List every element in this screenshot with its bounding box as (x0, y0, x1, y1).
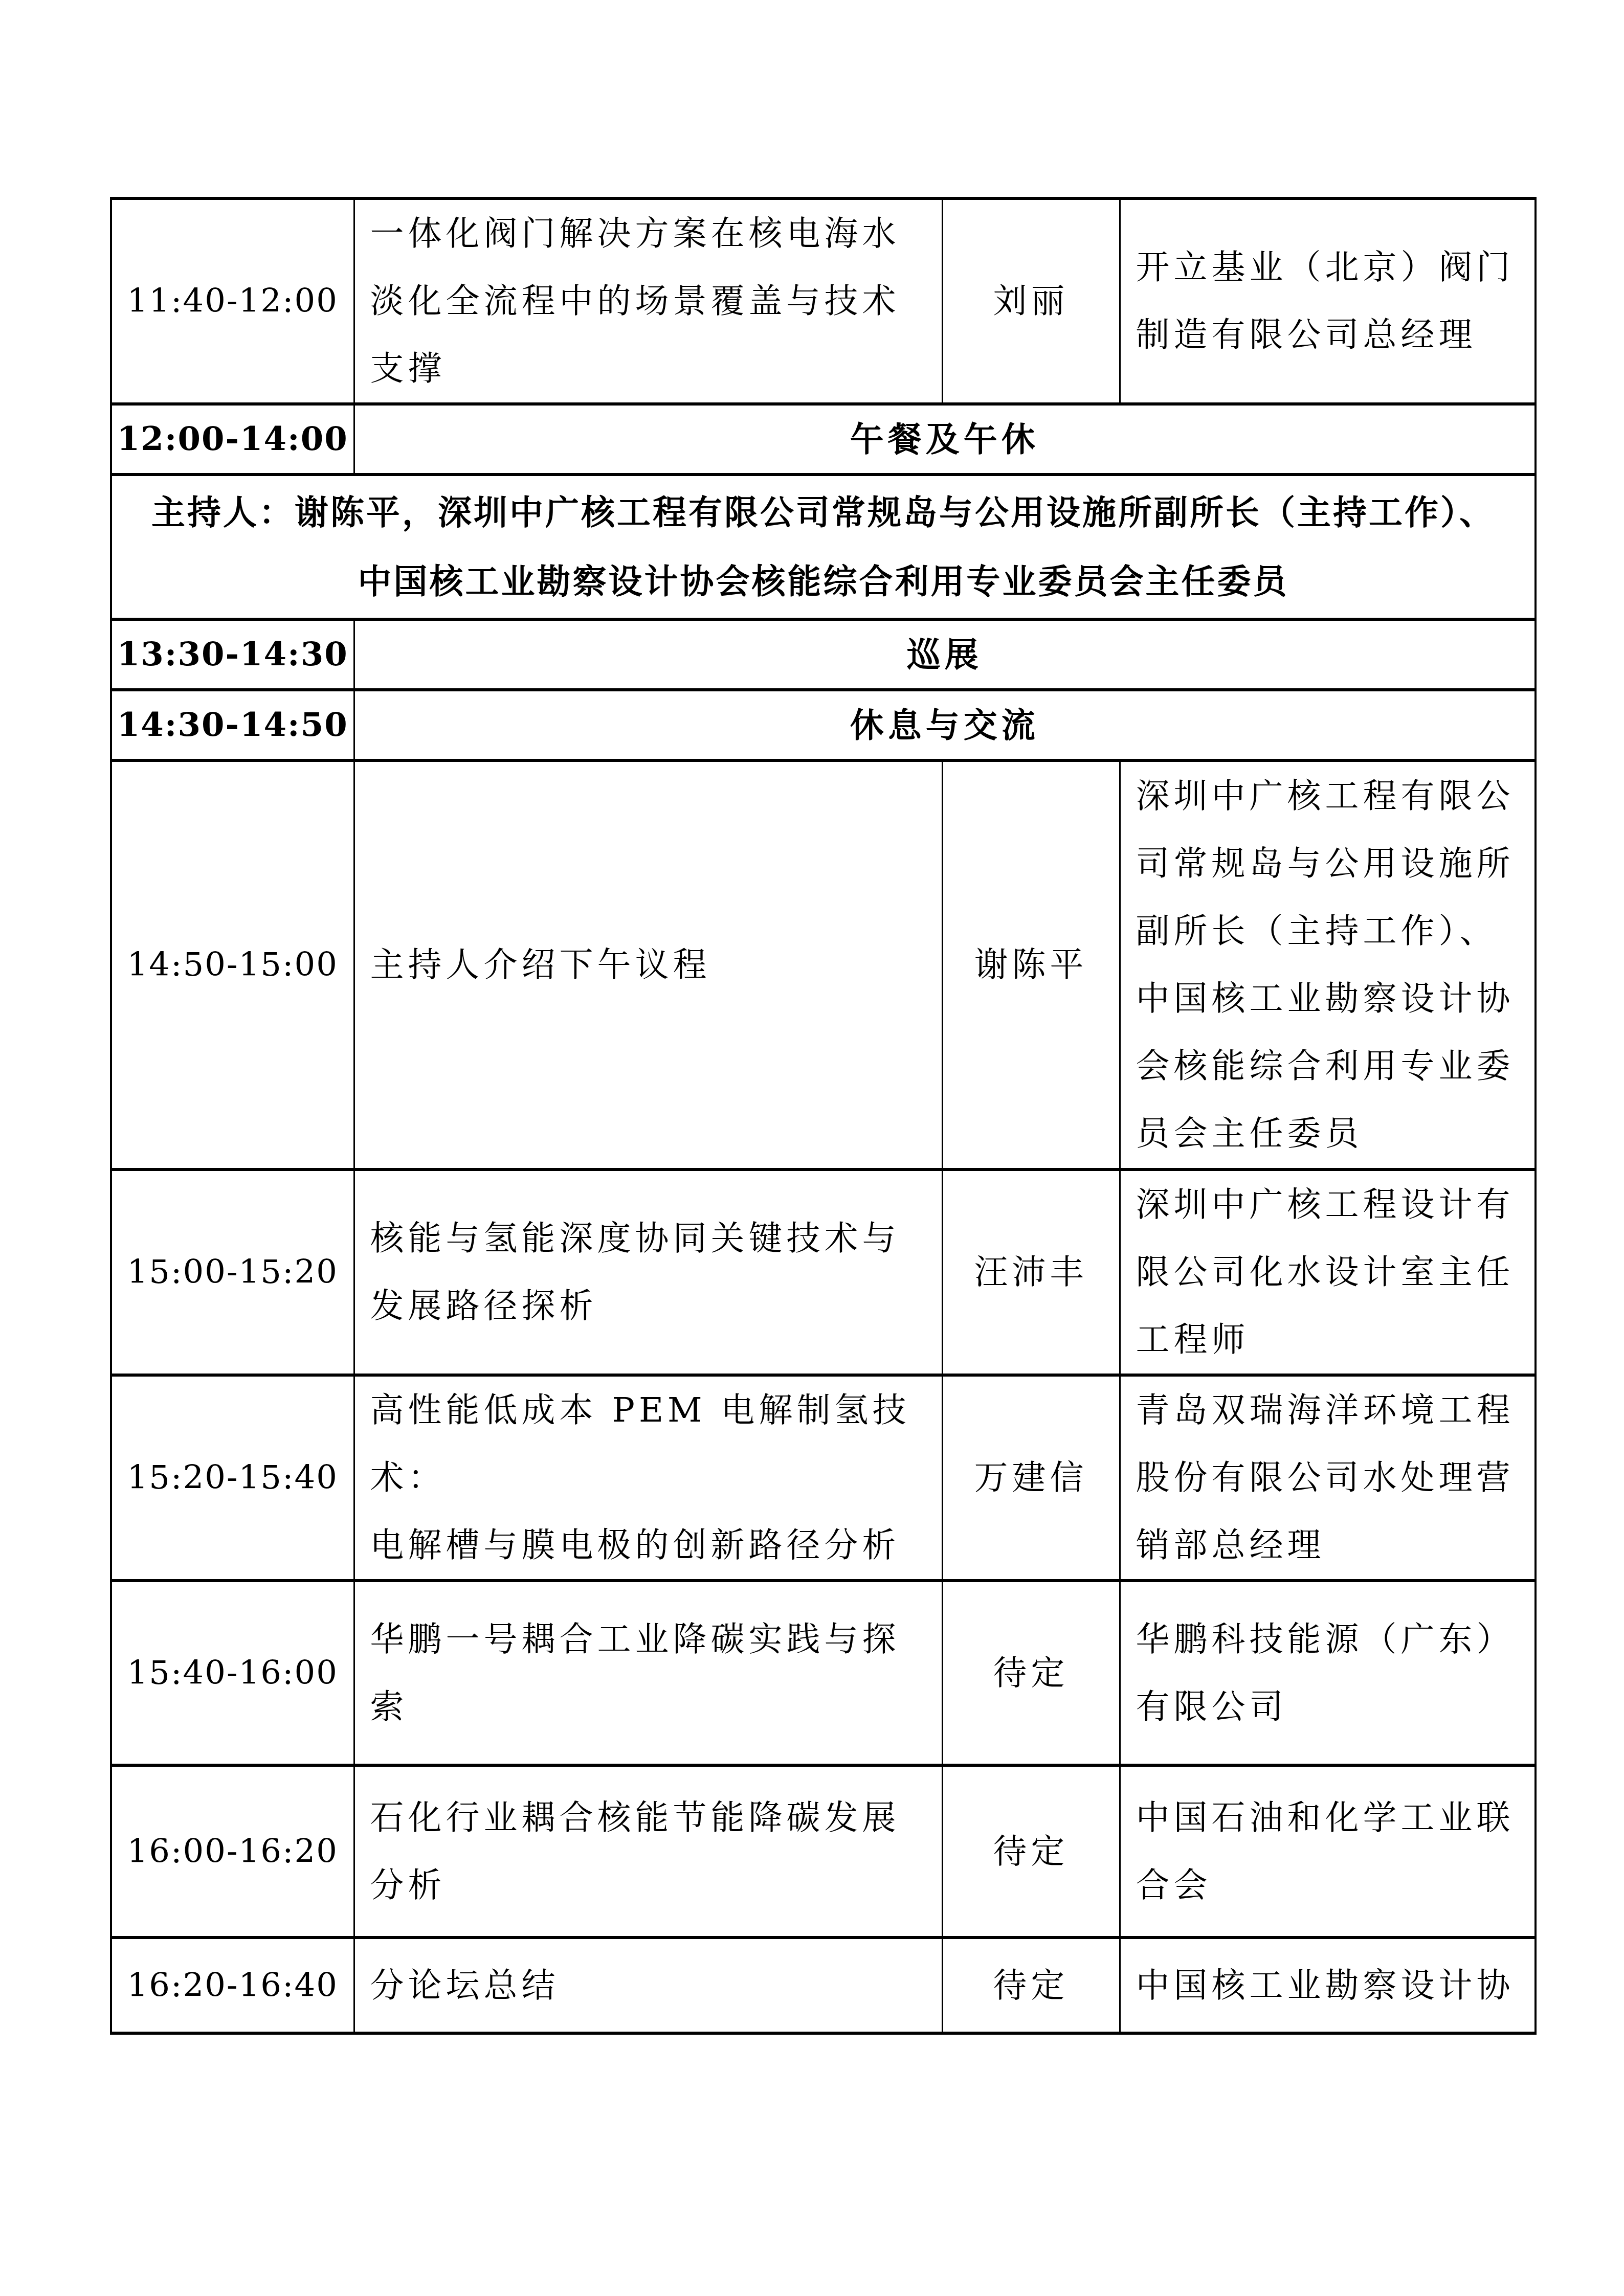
org-line: 深圳中广核工程有限公 (1136, 762, 1522, 830)
break-label-cell: 午餐及午休 (354, 404, 1536, 475)
topic-line: 索 (370, 1673, 926, 1741)
topic-line: 发展路径探析 (370, 1272, 926, 1340)
topic-cell: 核能与氢能深度协同关键技术与 发展路径探析 (354, 1169, 942, 1375)
speaker-cell: 待定 (942, 1581, 1120, 1765)
agenda-row-session: 15:40-16:00 华鹏一号耦合工业降碳实践与探 索 待定 华鹏科技能源（广… (111, 1581, 1536, 1765)
topic-line: 分论坛总结 (370, 1952, 926, 2019)
speaker-cell: 谢陈平 (942, 760, 1120, 1169)
topic-cell: 华鹏一号耦合工业降碳实践与探 索 (354, 1581, 942, 1765)
topic-line: 一体化阀门解决方案在核电海水 (370, 200, 926, 267)
org-line: 青岛双瑞海洋环境工程 (1136, 1377, 1522, 1444)
topic-line: 淡化全流程中的场景覆盖与技术 (370, 267, 926, 335)
org-line: 股份有限公司水处理营 (1136, 1444, 1522, 1512)
org-line: 开立基业（北京）阀门 (1136, 234, 1522, 301)
topic-cell: 分论坛总结 (354, 1938, 942, 2033)
speaker-cell: 刘丽 (942, 198, 1120, 404)
topic-line: 支撑 (370, 335, 926, 402)
agenda-row-session: 16:00-16:20 石化行业耦合核能节能降碳发展 分析 待定 中国石油和化学… (111, 1765, 1536, 1938)
topic-line: 分析 (370, 1852, 926, 1919)
topic-line: 华鹏一号耦合工业降碳实践与探 (370, 1606, 926, 1673)
agenda-row-session: 11:40-12:00 一体化阀门解决方案在核电海水 淡化全流程中的场景覆盖与技… (111, 198, 1536, 404)
org-line: 员会主任委员 (1136, 1100, 1522, 1167)
org-line: 中国石油和化学工业联 (1136, 1784, 1522, 1852)
org-line: 中国核工业勘察设计协 (1136, 965, 1522, 1032)
topic-line: 石化行业耦合核能节能降碳发展 (370, 1784, 926, 1852)
agenda-row-break: 14:30-14:50 休息与交流 (111, 690, 1536, 760)
org-line: 合会 (1136, 1852, 1522, 1919)
org-line: 会核能综合利用专业委 (1136, 1032, 1522, 1100)
org-line: 深圳中广核工程设计有 (1136, 1171, 1522, 1239)
organization-cell: 深圳中广核工程有限公 司常规岛与公用设施所 副所长（主持工作）、 中国核工业勘察… (1120, 760, 1536, 1169)
topic-line: 高性能低成本 PEM 电解制氢技术： (370, 1377, 926, 1512)
topic-cell: 主持人介绍下午议程 (354, 760, 942, 1169)
org-line: 销部总经理 (1136, 1512, 1522, 1579)
organization-cell: 开立基业（北京）阀门 制造有限公司总经理 (1120, 198, 1536, 404)
agenda-row-session: 14:50-15:00 主持人介绍下午议程 谢陈平 深圳中广核工程有限公 司常规… (111, 760, 1536, 1169)
organization-cell: 深圳中广核工程设计有 限公司化水设计室主任 工程师 (1120, 1169, 1536, 1375)
time-cell: 12:00-14:00 (111, 404, 354, 475)
agenda-row-break: 13:30-14:30 巡展 (111, 619, 1536, 690)
organization-cell: 中国石油和化学工业联 合会 (1120, 1765, 1536, 1938)
document-page: 11:40-12:00 一体化阀门解决方案在核电海水 淡化全流程中的场景覆盖与技… (0, 0, 1624, 2296)
topic-cell: 高性能低成本 PEM 电解制氢技术： 电解槽与膜电极的创新路径分析 (354, 1375, 942, 1581)
time-cell: 15:00-15:20 (111, 1169, 354, 1375)
topic-line: 核能与氢能深度协同关键技术与 (370, 1205, 926, 1272)
agenda-table: 11:40-12:00 一体化阀门解决方案在核电海水 淡化全流程中的场景覆盖与技… (110, 197, 1537, 2035)
break-label-cell: 休息与交流 (354, 690, 1536, 760)
time-cell: 11:40-12:00 (111, 198, 354, 404)
time-cell: 16:00-16:20 (111, 1765, 354, 1938)
speaker-cell: 汪沛丰 (942, 1169, 1120, 1375)
speaker-cell: 万建信 (942, 1375, 1120, 1581)
organization-cell: 青岛双瑞海洋环境工程 股份有限公司水处理营 销部总经理 (1120, 1375, 1536, 1581)
time-cell: 15:40-16:00 (111, 1581, 354, 1765)
org-line: 有限公司 (1136, 1673, 1522, 1741)
org-line: 司常规岛与公用设施所 (1136, 830, 1522, 897)
time-cell: 14:50-15:00 (111, 760, 354, 1169)
org-line: 副所长（主持工作）、 (1136, 897, 1522, 965)
organization-cell: 中国核工业勘察设计协 (1120, 1938, 1536, 2033)
org-line: 制造有限公司总经理 (1136, 301, 1522, 369)
agenda-row-host: 主持人：谢陈平，深圳中广核工程有限公司常规岛与公用设施所副所长（主持工作）、 中… (111, 475, 1536, 619)
org-line: 华鹏科技能源（广东） (1136, 1606, 1522, 1673)
time-cell: 15:20-15:40 (111, 1375, 354, 1581)
time-cell: 14:30-14:50 (111, 690, 354, 760)
organization-cell: 华鹏科技能源（广东） 有限公司 (1120, 1581, 1536, 1765)
org-line: 工程师 (1136, 1306, 1522, 1374)
agenda-row-session: 15:20-15:40 高性能低成本 PEM 电解制氢技术： 电解槽与膜电极的创… (111, 1375, 1536, 1581)
break-label-cell: 巡展 (354, 619, 1536, 690)
topic-line: 电解槽与膜电极的创新路径分析 (370, 1512, 926, 1579)
topic-line: 主持人介绍下午议程 (370, 931, 926, 999)
host-line: 主持人：谢陈平，深圳中广核工程有限公司常规岛与公用设施所副所长（主持工作）、 (115, 478, 1531, 547)
host-line: 中国核工业勘察设计协会核能综合利用专业委员会主任委员 (115, 547, 1531, 616)
org-line: 限公司化水设计室主任 (1136, 1239, 1522, 1306)
speaker-cell: 待定 (942, 1765, 1120, 1938)
time-cell: 13:30-14:30 (111, 619, 354, 690)
time-cell: 16:20-16:40 (111, 1938, 354, 2033)
org-line: 中国核工业勘察设计协 (1136, 1952, 1522, 2019)
topic-cell: 石化行业耦合核能节能降碳发展 分析 (354, 1765, 942, 1938)
agenda-row-session: 15:00-15:20 核能与氢能深度协同关键技术与 发展路径探析 汪沛丰 深圳… (111, 1169, 1536, 1375)
host-info-cell: 主持人：谢陈平，深圳中广核工程有限公司常规岛与公用设施所副所长（主持工作）、 中… (111, 475, 1536, 619)
agenda-row-break: 12:00-14:00 午餐及午休 (111, 404, 1536, 475)
topic-cell: 一体化阀门解决方案在核电海水 淡化全流程中的场景覆盖与技术 支撑 (354, 198, 942, 404)
speaker-cell: 待定 (942, 1938, 1120, 2033)
agenda-row-session: 16:20-16:40 分论坛总结 待定 中国核工业勘察设计协 (111, 1938, 1536, 2033)
